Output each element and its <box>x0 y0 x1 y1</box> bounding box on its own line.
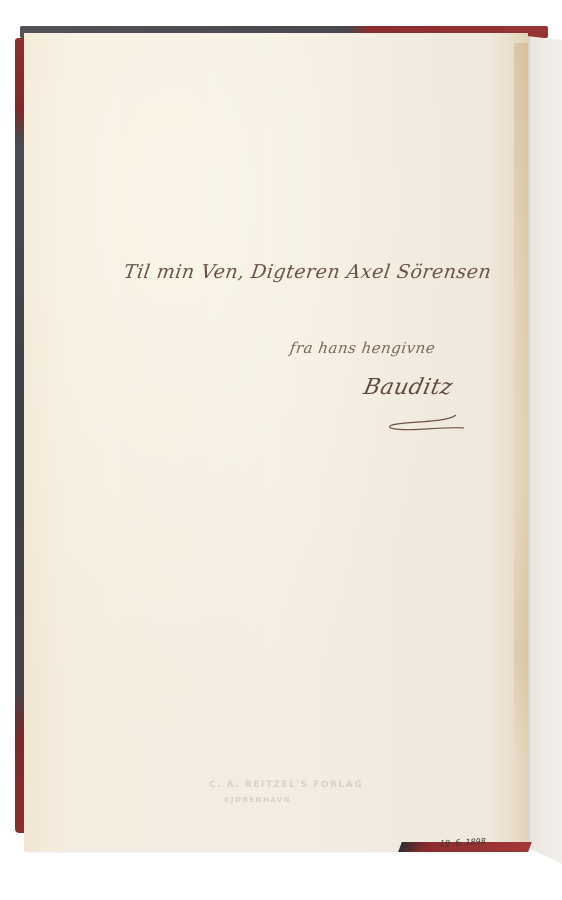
flyleaf-page: Til min Ven, Digteren Axel Sörensen fra … <box>24 33 528 851</box>
bleed-through-publisher: C. A. REITZEL'S FORLAG <box>209 780 363 790</box>
next-leaf-edge <box>527 36 562 864</box>
book-photo: Til min Ven, Digteren Axel Sörensen fra … <box>0 0 562 900</box>
signature-flourish-icon <box>386 413 466 433</box>
inscription-dedication: Til min Ven, Digteren Axel Sörensen <box>122 261 492 283</box>
foxing-stain <box>514 43 528 763</box>
inscription-from-line: fra hans hengivne <box>289 339 437 357</box>
bleed-through-city: KJØBENHAVN <box>224 796 291 804</box>
author-signature: Bauditz <box>361 375 455 400</box>
